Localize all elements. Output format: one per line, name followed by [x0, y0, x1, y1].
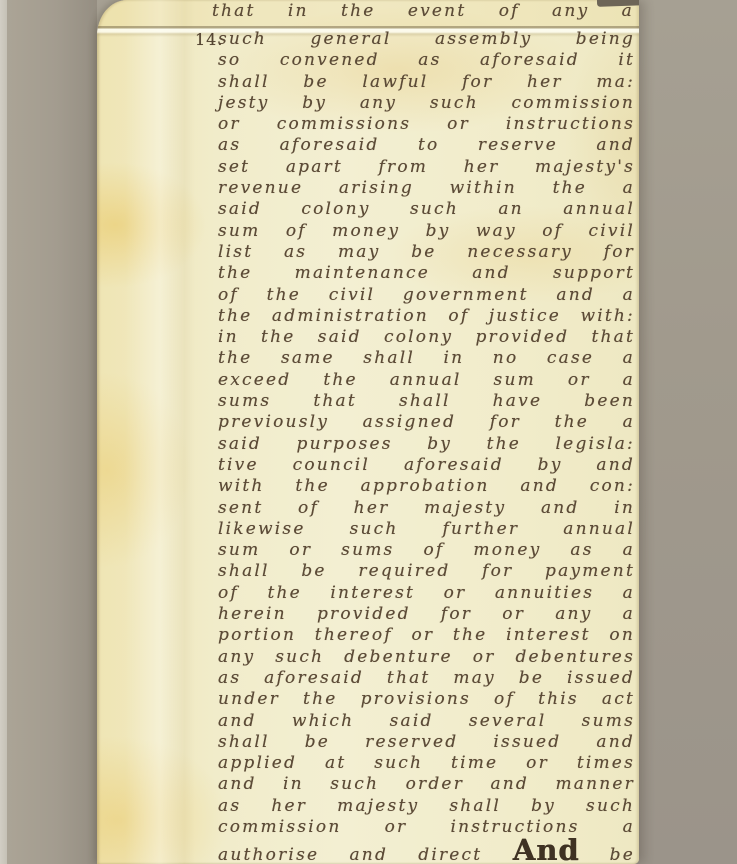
text-line: sent of her majesty and in — [218, 498, 635, 519]
text-line: or commissions or instructions — [218, 114, 635, 135]
text-line: previously assigned for the a — [218, 412, 635, 433]
closing-line-pre: authorise and direct — [218, 845, 482, 864]
text-line: set apart from her majesty's — [218, 157, 635, 178]
photo-backdrop: that in the event of any a 14. such gene… — [0, 0, 737, 864]
text-line: jesty by any such commission — [218, 93, 635, 114]
text-line: the administration of justice with: — [218, 306, 635, 327]
text-line: list as may be necessary for — [218, 242, 635, 263]
text-line: such general assembly being — [218, 29, 635, 50]
text-line: so convened as aforesaid it — [218, 50, 635, 71]
lines-container: such general assembly beingso convened a… — [218, 29, 635, 838]
text-line: with the approbation and con: — [218, 476, 635, 497]
text-line: shall be reserved issued and — [218, 732, 635, 753]
text-line: as her majesty shall by such — [218, 796, 635, 817]
parchment-page: that in the event of any a 14. such gene… — [97, 0, 639, 864]
text-line: exceed the annual sum or a — [218, 370, 635, 391]
text-line: portion thereof or the interest on — [218, 625, 635, 646]
text-line: as aforesaid to reserve and — [218, 135, 635, 156]
backdrop-shading — [7, 0, 97, 864]
text-line: tive council aforesaid by and — [218, 455, 635, 476]
backdrop-light-strip — [0, 0, 7, 864]
text-line: as aforesaid that may be issued — [218, 668, 635, 689]
closing-line-post: be — [610, 845, 635, 864]
blackletter-and: And — [513, 833, 580, 864]
text-line: sum or sums of money as a — [218, 540, 635, 561]
text-line: said colony such an annual — [218, 199, 635, 220]
manuscript-text: such general assembly beingso convened a… — [218, 29, 635, 864]
text-line: sum of money by way of civil — [218, 221, 635, 242]
text-line: likewise such further annual — [218, 519, 635, 540]
text-line: shall be lawful for her ma: — [218, 72, 635, 93]
text-line: of the interest or annuities a — [218, 583, 635, 604]
previous-membrane-text-line: that in the event of any a — [212, 1, 634, 21]
parchment-crease — [125, 0, 195, 864]
text-line: any such debenture or debentures — [218, 647, 635, 668]
text-line: under the provisions of this act — [218, 689, 635, 710]
text-line: sums that shall have been — [218, 391, 635, 412]
text-line: shall be required for payment — [218, 561, 635, 582]
text-line: and which said several sums — [218, 711, 635, 732]
text-line: revenue arising within the a — [218, 178, 635, 199]
text-line: the same shall in no case a — [218, 348, 635, 369]
text-line: said purposes by the legisla: — [218, 434, 635, 455]
text-line: in the said colony provided that — [218, 327, 635, 348]
text-line: applied at such time or times — [218, 753, 635, 774]
text-line: and in such order and manner — [218, 774, 635, 795]
text-line: herein provided for or any a — [218, 604, 635, 625]
closing-line: authorise and direct And be — [218, 838, 635, 864]
text-line: the maintenance and support — [218, 263, 635, 284]
text-line: of the civil government and a — [218, 285, 635, 306]
